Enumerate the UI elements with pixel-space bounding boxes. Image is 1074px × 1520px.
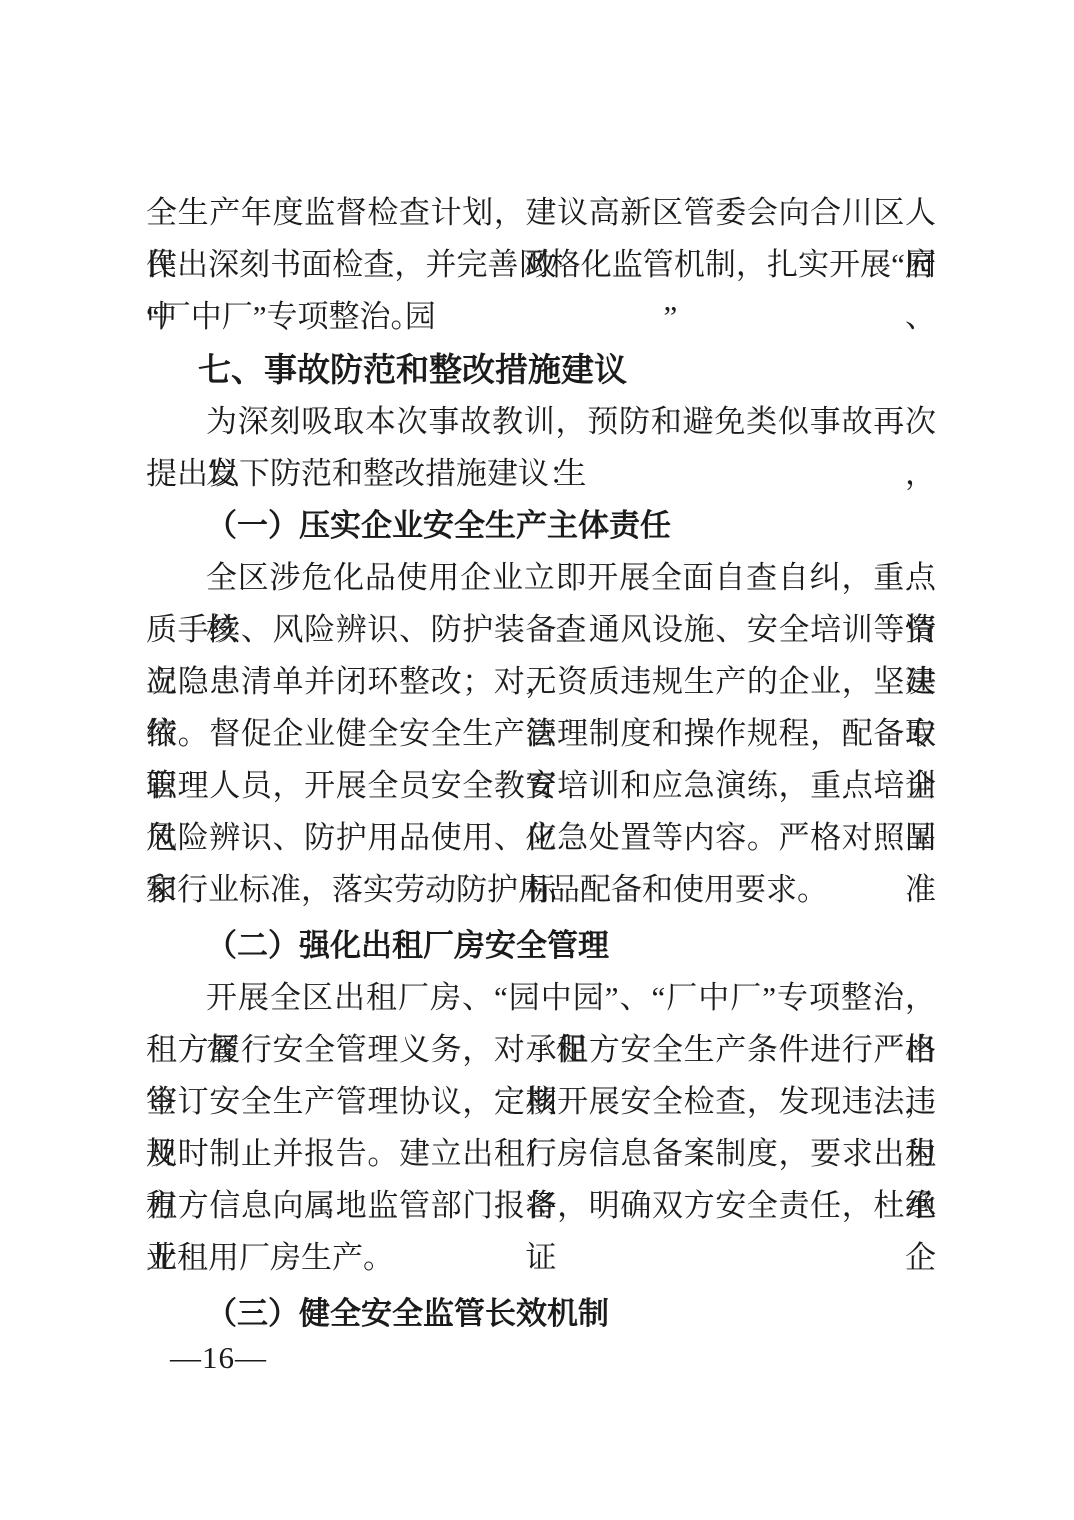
body-line: 全区涉危化品使用企业立即开展全面自查自纠，重点核查资 xyxy=(146,552,936,604)
document-page: 全生产年度监督检查计划，建议高新区管委会向合川区人民政府 作出深刻书面检查，并完… xyxy=(0,0,1074,1520)
section-heading: 七、事故防范和整改措施建议 xyxy=(146,343,936,396)
body-line: 为深刻吸取本次事故教训，预防和避免类似事故再次发生， xyxy=(146,396,936,448)
page-number: —16— xyxy=(170,1338,267,1378)
subsection-heading-1: （一）压实企业安全生产主体责任 xyxy=(146,500,936,552)
body-line: 缔。督促企业健全安全生产管理制度和操作规程，配备专职安全 xyxy=(146,708,936,760)
body-line: 风险辨识、防护用品使用、应急处置等内容。严格对照国家标准 xyxy=(146,812,936,864)
body-line: 签订安全生产管理协议，定期开展安全检查，发现违法违规行为 xyxy=(146,1076,936,1128)
subsection-heading-3: （三）健全安全监管长效机制 xyxy=(146,1288,936,1340)
body-line: 立隐患清单并闭环整改；对无资质违规生产的企业，坚决依法取 xyxy=(146,656,936,708)
body-line: 租方信息向属地监管部门报备，明确双方安全责任，杜绝无证企 xyxy=(146,1180,936,1232)
body-line: 作出深刻书面检查，并完善网格化监管机制，扎实开展“园中园”、 xyxy=(146,239,936,291)
subsection-heading-2: （二）强化出租厂房安全管理 xyxy=(146,920,936,972)
document-body: 全生产年度监督检查计划，建议高新区管委会向合川区人民政府 作出深刻书面检查，并完… xyxy=(146,187,936,1340)
body-line: 全生产年度监督检查计划，建议高新区管委会向合川区人民政府 xyxy=(146,187,936,239)
body-line: 开展全区出租厂房、“园中园”、“厂中厂”专项整治，督促出 xyxy=(146,972,936,1024)
body-line: 管理人员，开展全员安全教育培训和应急演练，重点培训危化品 xyxy=(146,760,936,812)
body-line: 质手续、风险辨识、防护装备、通风设施、安全培训等情况，建 xyxy=(146,604,936,656)
body-line: 和行业标准，落实劳动防护用品配备和使用要求。 xyxy=(146,864,936,916)
body-line: 租方履行安全管理义务，对承租方安全生产条件进行严格审核， xyxy=(146,1024,936,1076)
body-line: 及时制止并报告。建立出租厂房信息备案制度，要求出租方将承 xyxy=(146,1128,936,1180)
